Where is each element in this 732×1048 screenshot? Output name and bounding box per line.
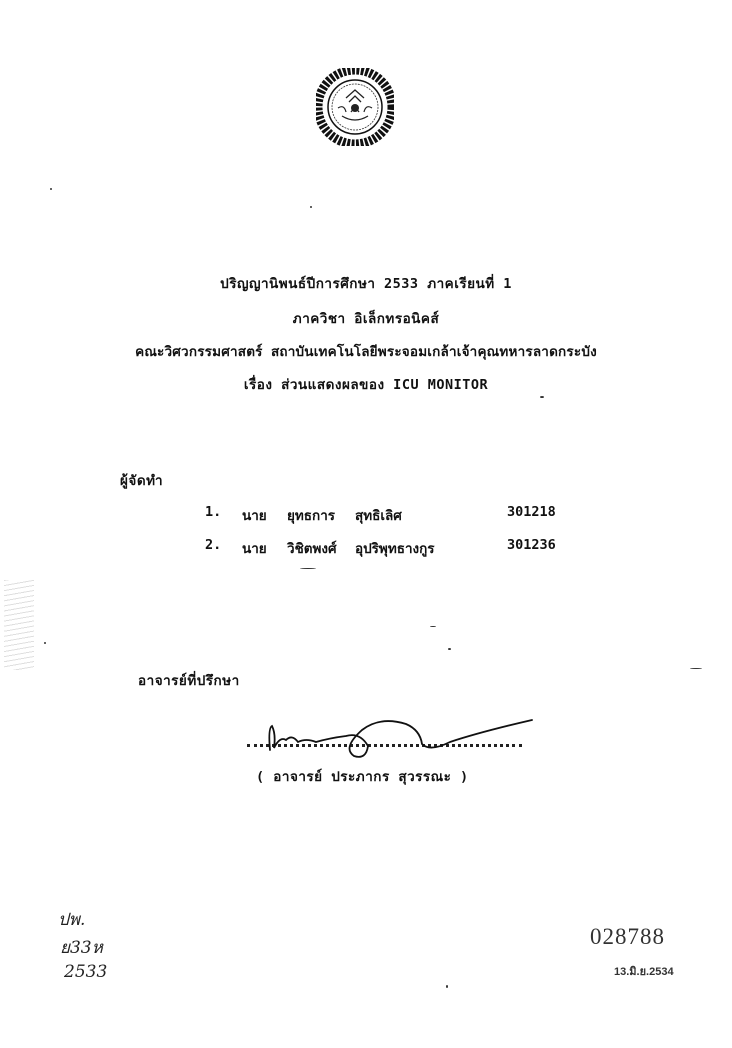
author-title: นาย: [242, 537, 267, 559]
thesis-year-line: ปริญญานิพนธ์ปีการศึกษา 2533 ภาคเรียนที่ …: [0, 272, 732, 294]
author-row: 1. นาย ยุทธการ สุทธิเลิศ 301218: [0, 504, 732, 524]
scan-speck: [446, 985, 448, 988]
scan-speck: [540, 396, 544, 398]
scan-speck: [430, 626, 436, 627]
scan-speck: [690, 668, 702, 669]
author-number: 1.: [205, 504, 221, 520]
faculty-line: คณะวิศวกรรมศาสตร์ สถาบันเทคโนโลยีพระจอมเ…: [0, 340, 732, 362]
handwritten-note-line1: ปพ.: [58, 906, 85, 933]
scan-speck: [50, 188, 52, 190]
author-row: 2. นาย วิชิตพงศ์ อุปริพุทธางกูร 301236: [0, 537, 732, 557]
accession-date: 13.มิ.ย.2534: [614, 962, 674, 980]
handwritten-note-line3: 2533: [64, 962, 107, 982]
thesis-title-line: เรื่อง ส่วนแสดงผลของ ICU MONITOR: [0, 373, 732, 395]
author-student-id: 301236: [507, 537, 556, 553]
university-seal-icon: [316, 68, 394, 146]
author-last-name: สุทธิเลิศ: [355, 504, 402, 526]
handwritten-note-line2: ย33ห: [60, 934, 103, 961]
author-student-id: 301218: [507, 504, 556, 520]
advisor-label: อาจารย์ที่ปรึกษา: [138, 669, 240, 691]
scan-speck: [310, 206, 312, 208]
author-number: 2.: [205, 537, 221, 553]
authors-label: ผู้จัดทำ: [120, 469, 163, 491]
author-first-name: วิชิตพงศ์: [287, 537, 337, 559]
department-line: ภาควิชา อิเล็กทรอนิคส์: [0, 307, 732, 329]
scan-speck: [448, 648, 451, 650]
author-title: นาย: [242, 504, 267, 526]
signature-icon: [250, 712, 540, 762]
author-last-name: อุปริพุทธางกูร: [355, 537, 435, 559]
scan-speck: [300, 568, 316, 569]
accession-number: 028788: [590, 924, 665, 950]
scan-noise: [4, 580, 34, 670]
advisor-name: ( อาจารย์ ประภากร สุวรรณะ ): [256, 765, 469, 787]
author-first-name: ยุทธการ: [287, 504, 335, 526]
scan-speck: [44, 642, 46, 644]
